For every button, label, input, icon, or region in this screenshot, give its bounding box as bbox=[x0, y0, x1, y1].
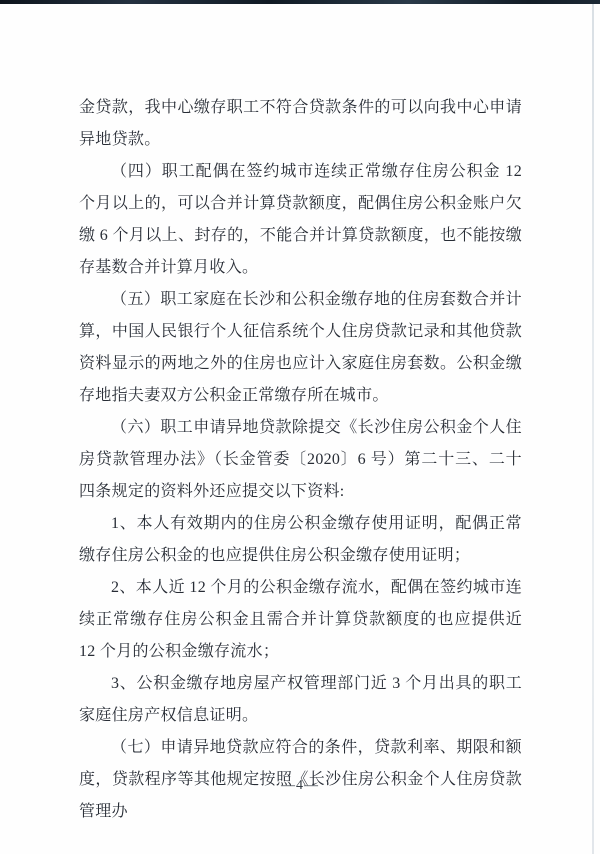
paragraph-continuation: 金贷款，我中心缴存职工不符合贷款条件的可以向我中心申请异地贷款。 bbox=[79, 92, 522, 156]
document-page: 金贷款，我中心缴存职工不符合贷款条件的可以向我中心申请异地贷款。 （四）职工配偶… bbox=[0, 0, 600, 854]
paragraph-subitem-1: 1、本人有效期内的住房公积金缴存使用证明，配偶正常缴存住房公积金的也应提供住房公… bbox=[79, 508, 522, 572]
page-number: —4— bbox=[0, 774, 600, 798]
paragraph-item-4: （四）职工配偶在签约城市连续正常缴存住房公积金 12 个月以上的，可以合并计算贷… bbox=[79, 156, 522, 284]
scan-edge-top bbox=[0, 0, 600, 4]
paragraph-item-5: （五）职工家庭在长沙和公积金缴存地的住房套数合并计算，中国人民银行个人征信系统个… bbox=[79, 284, 522, 412]
body-text: 金贷款，我中心缴存职工不符合贷款条件的可以向我中心申请异地贷款。 （四）职工配偶… bbox=[79, 92, 522, 828]
paragraph-subitem-2: 2、本人近 12 个月的公积金缴存流水，配偶在签约城市连续正常缴存住房公积金且需… bbox=[79, 572, 522, 668]
scan-edge-right bbox=[592, 4, 594, 854]
paragraph-subitem-3: 3、公积金缴存地房屋产权管理部门近 3 个月出具的职工家庭住房产权信息证明。 bbox=[79, 668, 522, 732]
paragraph-item-6: （六）职工申请异地贷款除提交《长沙住房公积金个人住房贷款管理办法》（长金管委〔2… bbox=[79, 412, 522, 508]
